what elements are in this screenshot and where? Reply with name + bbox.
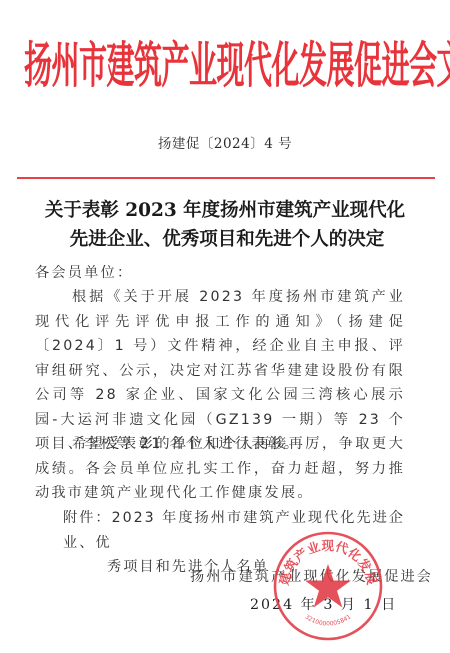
red-divider-rule: [17, 177, 435, 179]
document-title: 关于表彰 2023 年度扬州市建筑产业现代化 先进企业、优秀项目和先进个人的决定: [0, 196, 450, 254]
document-number: 扬建促〔2024〕4 号: [0, 132, 450, 152]
svg-text:3210000005841: 3210000005841: [304, 613, 353, 627]
document-title-line-1: 关于表彰 2023 年度扬州市建筑产业现代化: [0, 196, 450, 225]
document-title-line-2: 先进企业、优秀项目和先进个人的决定: [0, 225, 450, 254]
org-header-title: 扬州市建筑产业现代化发展促进会文件: [24, 14, 432, 119]
salutation: 各会员单位：: [35, 261, 405, 286]
document-page: 扬州市建筑产业现代化发展促进会文件 扬建促〔2024〕4 号 关于表彰 2023…: [0, 0, 450, 653]
body-paragraph-2: 希望受表彰的单位和个人再接再厉，争取更大成绩。各会员单位应扎实工作，奋力赶超，努…: [35, 432, 405, 506]
seal-code: 3210000005841: [304, 613, 353, 627]
issue-date: 2024 年 3 月 1 日: [250, 594, 360, 614]
attachment-line-1: 附件：2023 年度扬州市建筑产业现代化先进企业、优: [63, 510, 405, 551]
body-paragraph-1: 根据《关于开展 2023 年度扬州市建筑产业现代化评先评优申报工作的通知》（扬建…: [35, 285, 405, 457]
issuer-signature: 扬州市建筑产业现代化发展促进会: [190, 566, 408, 586]
